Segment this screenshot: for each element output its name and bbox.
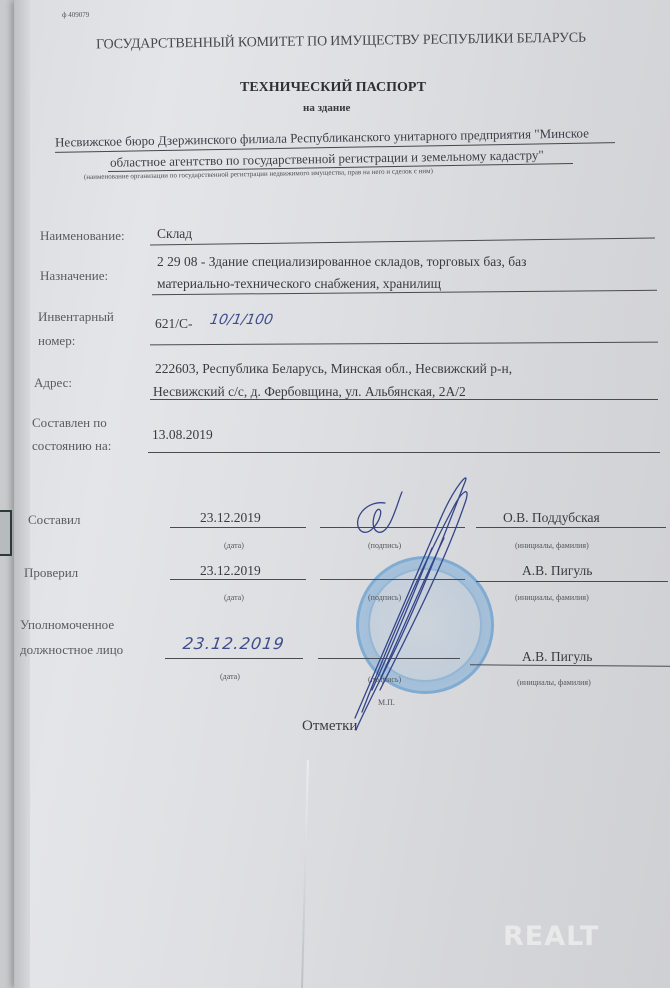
purpose-value-line-2: материально-технического снабжения, хран…	[157, 276, 441, 292]
compiled-by-name: О.В. Поддубская	[503, 510, 600, 526]
underline	[150, 399, 658, 400]
underline	[148, 452, 660, 453]
name-underline	[476, 581, 668, 582]
inventory-label-line-2: номер:	[38, 333, 75, 349]
binder-tab	[0, 510, 12, 556]
name-caption: (инициалы, фамилия)	[515, 593, 589, 602]
signature-underline	[320, 527, 465, 528]
notes-heading: Отметки	[302, 718, 357, 735]
inventory-label-line-1: Инвентарный	[38, 309, 114, 325]
form-number: ф 409079	[62, 11, 89, 19]
address-value-line-1: 222603, Республика Беларусь, Минская обл…	[155, 361, 512, 377]
seal-place-label: М.П.	[378, 698, 395, 707]
address-label: Адрес:	[34, 375, 72, 391]
date-caption: (дата)	[224, 593, 244, 602]
name-caption: (инициалы, фамилия)	[515, 541, 589, 550]
authorized-person-label-line-2: должностное лицо	[20, 642, 123, 658]
name-underline	[476, 527, 666, 528]
name-caption: (инициалы, фамилия)	[517, 678, 591, 687]
signature-caption: (подпись)	[368, 541, 401, 550]
name-value: Склад	[157, 226, 192, 242]
date-underline	[165, 658, 303, 659]
signature-caption: (подпись)	[368, 675, 401, 684]
purpose-value-line-1: 2 29 08 - Здание специализированное скла…	[157, 254, 526, 270]
name-label: Наименование:	[40, 228, 125, 244]
document-title: ТЕХНИЧЕСКИЙ ПАСПОРТ	[240, 80, 426, 96]
official-seal-stamp	[356, 556, 494, 694]
as-of-label-line-1: Составлен по	[32, 415, 107, 431]
realt-watermark-logo: REALT	[503, 921, 599, 952]
date-underline	[170, 579, 306, 580]
address-value-line-2: Несвижский с/с, д. Фербовщина, ул. Альбя…	[153, 384, 466, 400]
checked-by-name: А.В. Пигуль	[522, 563, 592, 579]
as-of-value: 13.08.2019	[152, 427, 213, 443]
as-of-label-line-2: состоянию на:	[32, 438, 111, 454]
purpose-label: Назначение:	[40, 268, 108, 284]
signature-underline	[318, 658, 460, 659]
authorized-person-date: 23.12.2019	[182, 634, 286, 653]
paper-crease	[301, 760, 309, 988]
inventory-value-handwritten: 10/1/100	[209, 312, 275, 328]
signature-underline	[320, 579, 465, 580]
date-caption: (дата)	[224, 541, 244, 550]
date-caption: (дата)	[220, 672, 240, 681]
checked-by-label: Проверил	[24, 565, 78, 581]
authorized-person-label-line-1: Уполномоченное	[20, 617, 114, 633]
document-subtitle: на здание	[303, 102, 350, 114]
date-underline	[170, 527, 306, 528]
inventory-value-printed: 621/С-	[155, 316, 193, 332]
authorized-person-name: А.В. Пигуль	[522, 649, 592, 665]
compiled-by-date: 23.12.2019	[200, 510, 261, 526]
checked-by-date: 23.12.2019	[200, 563, 261, 579]
signature-caption: (подпись)	[368, 593, 401, 602]
compiled-by-label: Составил	[28, 512, 80, 528]
